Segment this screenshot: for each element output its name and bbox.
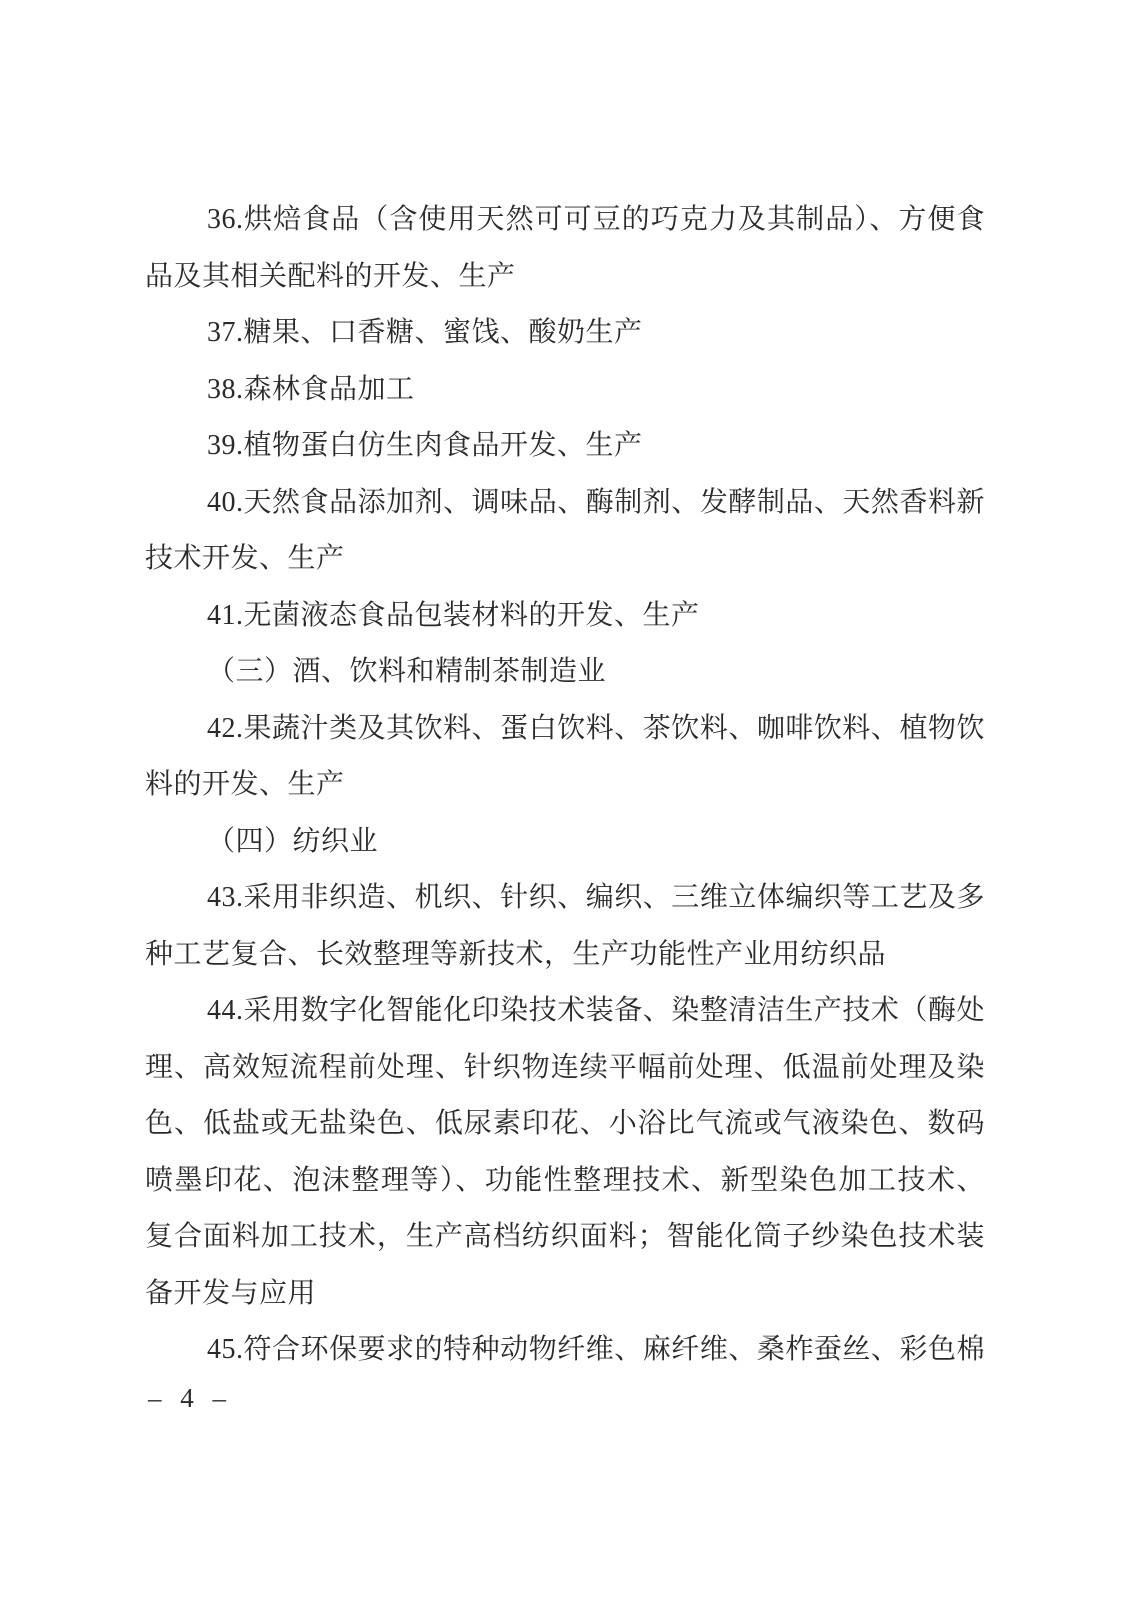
text-line: 39.植物蛋白仿生肉食品开发、生产 [145, 418, 985, 475]
text-line: 43.采用非织造、机织、针织、编织、三维立体编织等工艺及多 [145, 870, 985, 927]
text-line: 技术开发、生产 [145, 531, 985, 588]
text-line: 复合面料加工技术，生产高档纺织面料；智能化筒子纱染色技术装 [145, 1209, 985, 1266]
item-42: 42.果蔬汁类及其饮料、蛋白饮料、茶饮料、咖啡饮料、植物饮料的开发、生产 [145, 701, 985, 814]
text-line: （三）酒、饮料和精制茶制造业 [145, 644, 985, 701]
text-line: 45.符合环保要求的特种动物纤维、麻纤维、桑柞蚕丝、彩色棉 [145, 1322, 985, 1379]
text-line: 44.采用数字化智能化印染技术装备、染整清洁生产技术（酶处 [145, 983, 985, 1040]
item-36: 36.烘焙食品（含使用天然可可豆的巧克力及其制品）、方便食品及其相关配料的开发、… [145, 192, 985, 305]
text-line: 40.天然食品添加剂、调味品、酶制剂、发酵制品、天然香料新 [145, 475, 985, 532]
text-line: 37.糖果、口香糖、蜜饯、酸奶生产 [145, 305, 985, 362]
text-line: 41.无菌液态食品包装材料的开发、生产 [145, 588, 985, 645]
item-41: 41.无菌液态食品包装材料的开发、生产 [145, 588, 985, 645]
item-43: 43.采用非织造、机织、针织、编织、三维立体编织等工艺及多种工艺复合、长效整理等… [145, 870, 985, 983]
text-line: 喷墨印花、泡沫整理等）、功能性整理技术、新型染色加工技术、 [145, 1153, 985, 1210]
text-line: 38.森林食品加工 [145, 362, 985, 419]
item-38: 38.森林食品加工 [145, 362, 985, 419]
page-number: – 4 – [148, 1383, 232, 1413]
text-line: 料的开发、生产 [145, 757, 985, 814]
document-page: 36.烘焙食品（含使用天然可可豆的巧克力及其制品）、方便食品及其相关配料的开发、… [0, 0, 1131, 1600]
section-4: （四）纺织业 [145, 814, 985, 871]
text-line: 42.果蔬汁类及其饮料、蛋白饮料、茶饮料、咖啡饮料、植物饮 [145, 701, 985, 758]
item-39: 39.植物蛋白仿生肉食品开发、生产 [145, 418, 985, 475]
item-37: 37.糖果、口香糖、蜜饯、酸奶生产 [145, 305, 985, 362]
text-line: 备开发与应用 [145, 1266, 985, 1323]
document-body: 36.烘焙食品（含使用天然可可豆的巧克力及其制品）、方便食品及其相关配料的开发、… [145, 192, 985, 1379]
text-line: 理、高效短流程前处理、针织物连续平幅前处理、低温前处理及染 [145, 1040, 985, 1097]
text-line: 36.烘焙食品（含使用天然可可豆的巧克力及其制品）、方便食 [145, 192, 985, 249]
text-line: 种工艺复合、长效整理等新技术，生产功能性产业用纺织品 [145, 927, 985, 984]
text-line: 色、低盐或无盐染色、低尿素印花、小浴比气流或气液染色、数码 [145, 1096, 985, 1153]
text-line: 品及其相关配料的开发、生产 [145, 249, 985, 306]
text-line: （四）纺织业 [145, 814, 985, 871]
item-45: 45.符合环保要求的特种动物纤维、麻纤维、桑柞蚕丝、彩色棉 [145, 1322, 985, 1379]
section-3: （三）酒、饮料和精制茶制造业 [145, 644, 985, 701]
item-40: 40.天然食品添加剂、调味品、酶制剂、发酵制品、天然香料新技术开发、生产 [145, 475, 985, 588]
item-44: 44.采用数字化智能化印染技术装备、染整清洁生产技术（酶处理、高效短流程前处理、… [145, 983, 985, 1322]
